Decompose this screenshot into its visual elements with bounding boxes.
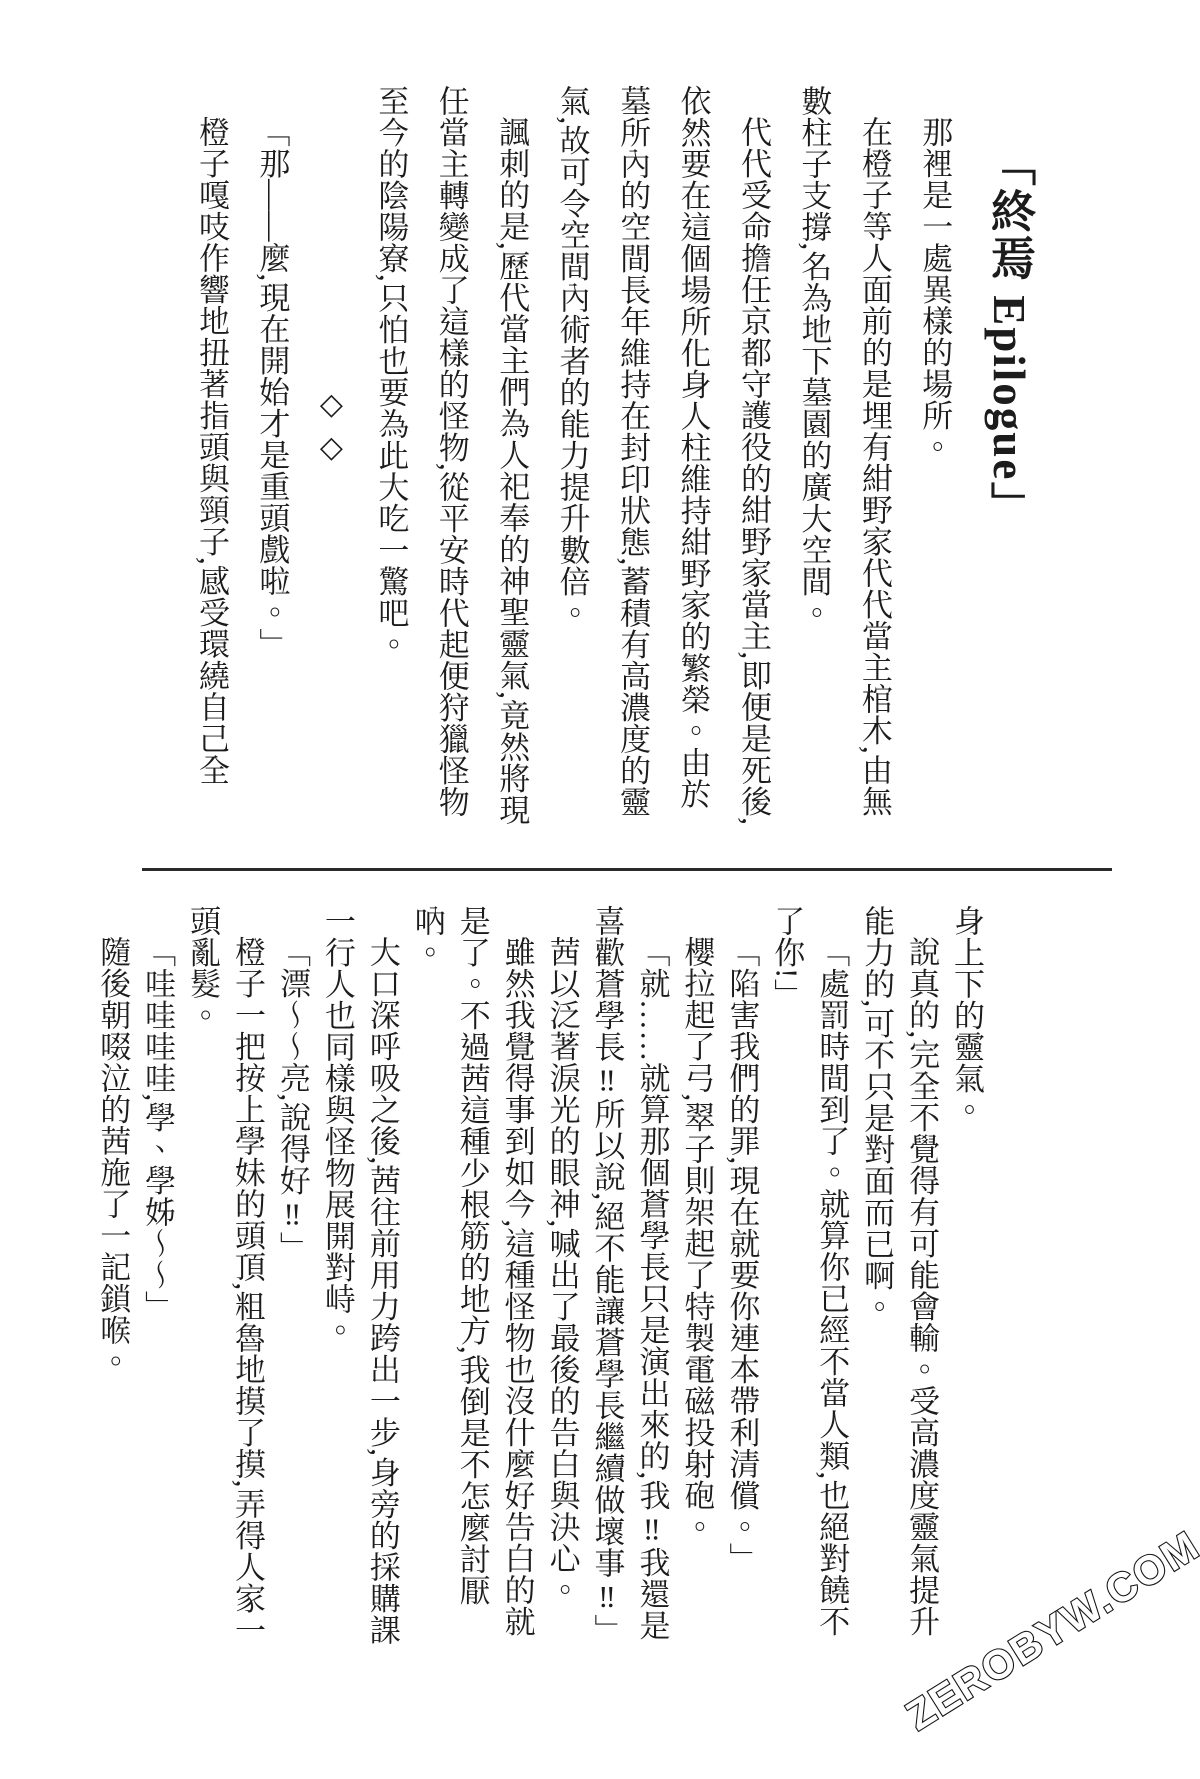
paragraph: 「陷害我們的罪,現在就要你連本帶利清償。」 (718, 905, 763, 1655)
paragraph: 橙子嘎吱作響地扭著指頭與頸子,感受環繞自己全 (181, 85, 241, 835)
paragraph: 雖然我覺得事到如今,這種怪物也沒什麼好告白的就是了。不過茜這種少根筋的地方,我倒… (404, 905, 539, 1655)
chapter-title: 「終焉 Epilogue」 (964, 85, 1052, 835)
paragraph: 櫻拉起了弓,翠子則架起了特製電磁投射砲。 (673, 905, 718, 1655)
book-page: 「終焉 Epilogue」那裡是一處異樣的場所。在橙子等人面前的是埋有紺野家代代… (0, 0, 1200, 1779)
paragraph: 「哇哇哇哇,學、學姊〜〜」 (134, 905, 179, 1655)
section-break-marks: ◇◇ (301, 85, 360, 835)
paragraph: 「處罰時間到了。就算你已經不當人類,也絕對饒不了你!」 (763, 905, 853, 1655)
paragraph: 「那——麼,現在開始才是重頭戲啦。」 (241, 85, 301, 835)
paragraph: 茜以泛著淚光的眼神,喊出了最後的告白與決心。 (539, 905, 584, 1655)
paragraph: 說真的,完全不覺得有可能會輸。受高濃度靈氣提升能力的,可不只是對面而已啊。 (853, 905, 943, 1655)
section-divider (142, 868, 1112, 871)
paragraph: 橙子一把按上學妹的頭頂,粗魯地摸了摸,弄得人家一頭亂髮。 (179, 905, 269, 1655)
paragraph: 大口深呼吸之後,茜往前用力跨出一步,身旁的採購課一行人也同樣與怪物展開對峙。 (314, 905, 404, 1655)
paragraph: 代代受命擔任京都守護役的紺野家當主,即便是死後,依然要在這個場所化身人柱維持紺野… (541, 85, 783, 835)
bottom-text-block: 身上下的靈氣。說真的,完全不覺得有可能會輸。受高濃度靈氣提升能力的,可不只是對面… (89, 905, 988, 1655)
paragraph: 諷刺的是,歷代當主們為人祀奉的神聖靈氣,竟然將現任當主轉變成了這樣的怪物,從平安… (360, 85, 541, 835)
paragraph: 在橙子等人面前的是埋有紺野家代代當主棺木,由無數柱子支撐,名為地下墓園的廣大空間… (783, 85, 904, 835)
paragraph: 那裡是一處異樣的場所。 (904, 85, 964, 835)
paragraph: 「漂〜〜亮,說得好‼」 (269, 905, 314, 1655)
paragraph: 隨後朝啜泣的茜施了一記鎖喉。 (89, 905, 134, 1655)
top-text-block: 「終焉 Epilogue」那裡是一處異樣的場所。在橙子等人面前的是埋有紺野家代代… (181, 85, 1053, 835)
paragraph: 身上下的靈氣。 (943, 905, 988, 1655)
paragraph: 「就……就算那個蒼學長只是演出來的,我‼我還是喜歡蒼學長‼所以說,絕不能讓蒼學長… (584, 905, 674, 1655)
